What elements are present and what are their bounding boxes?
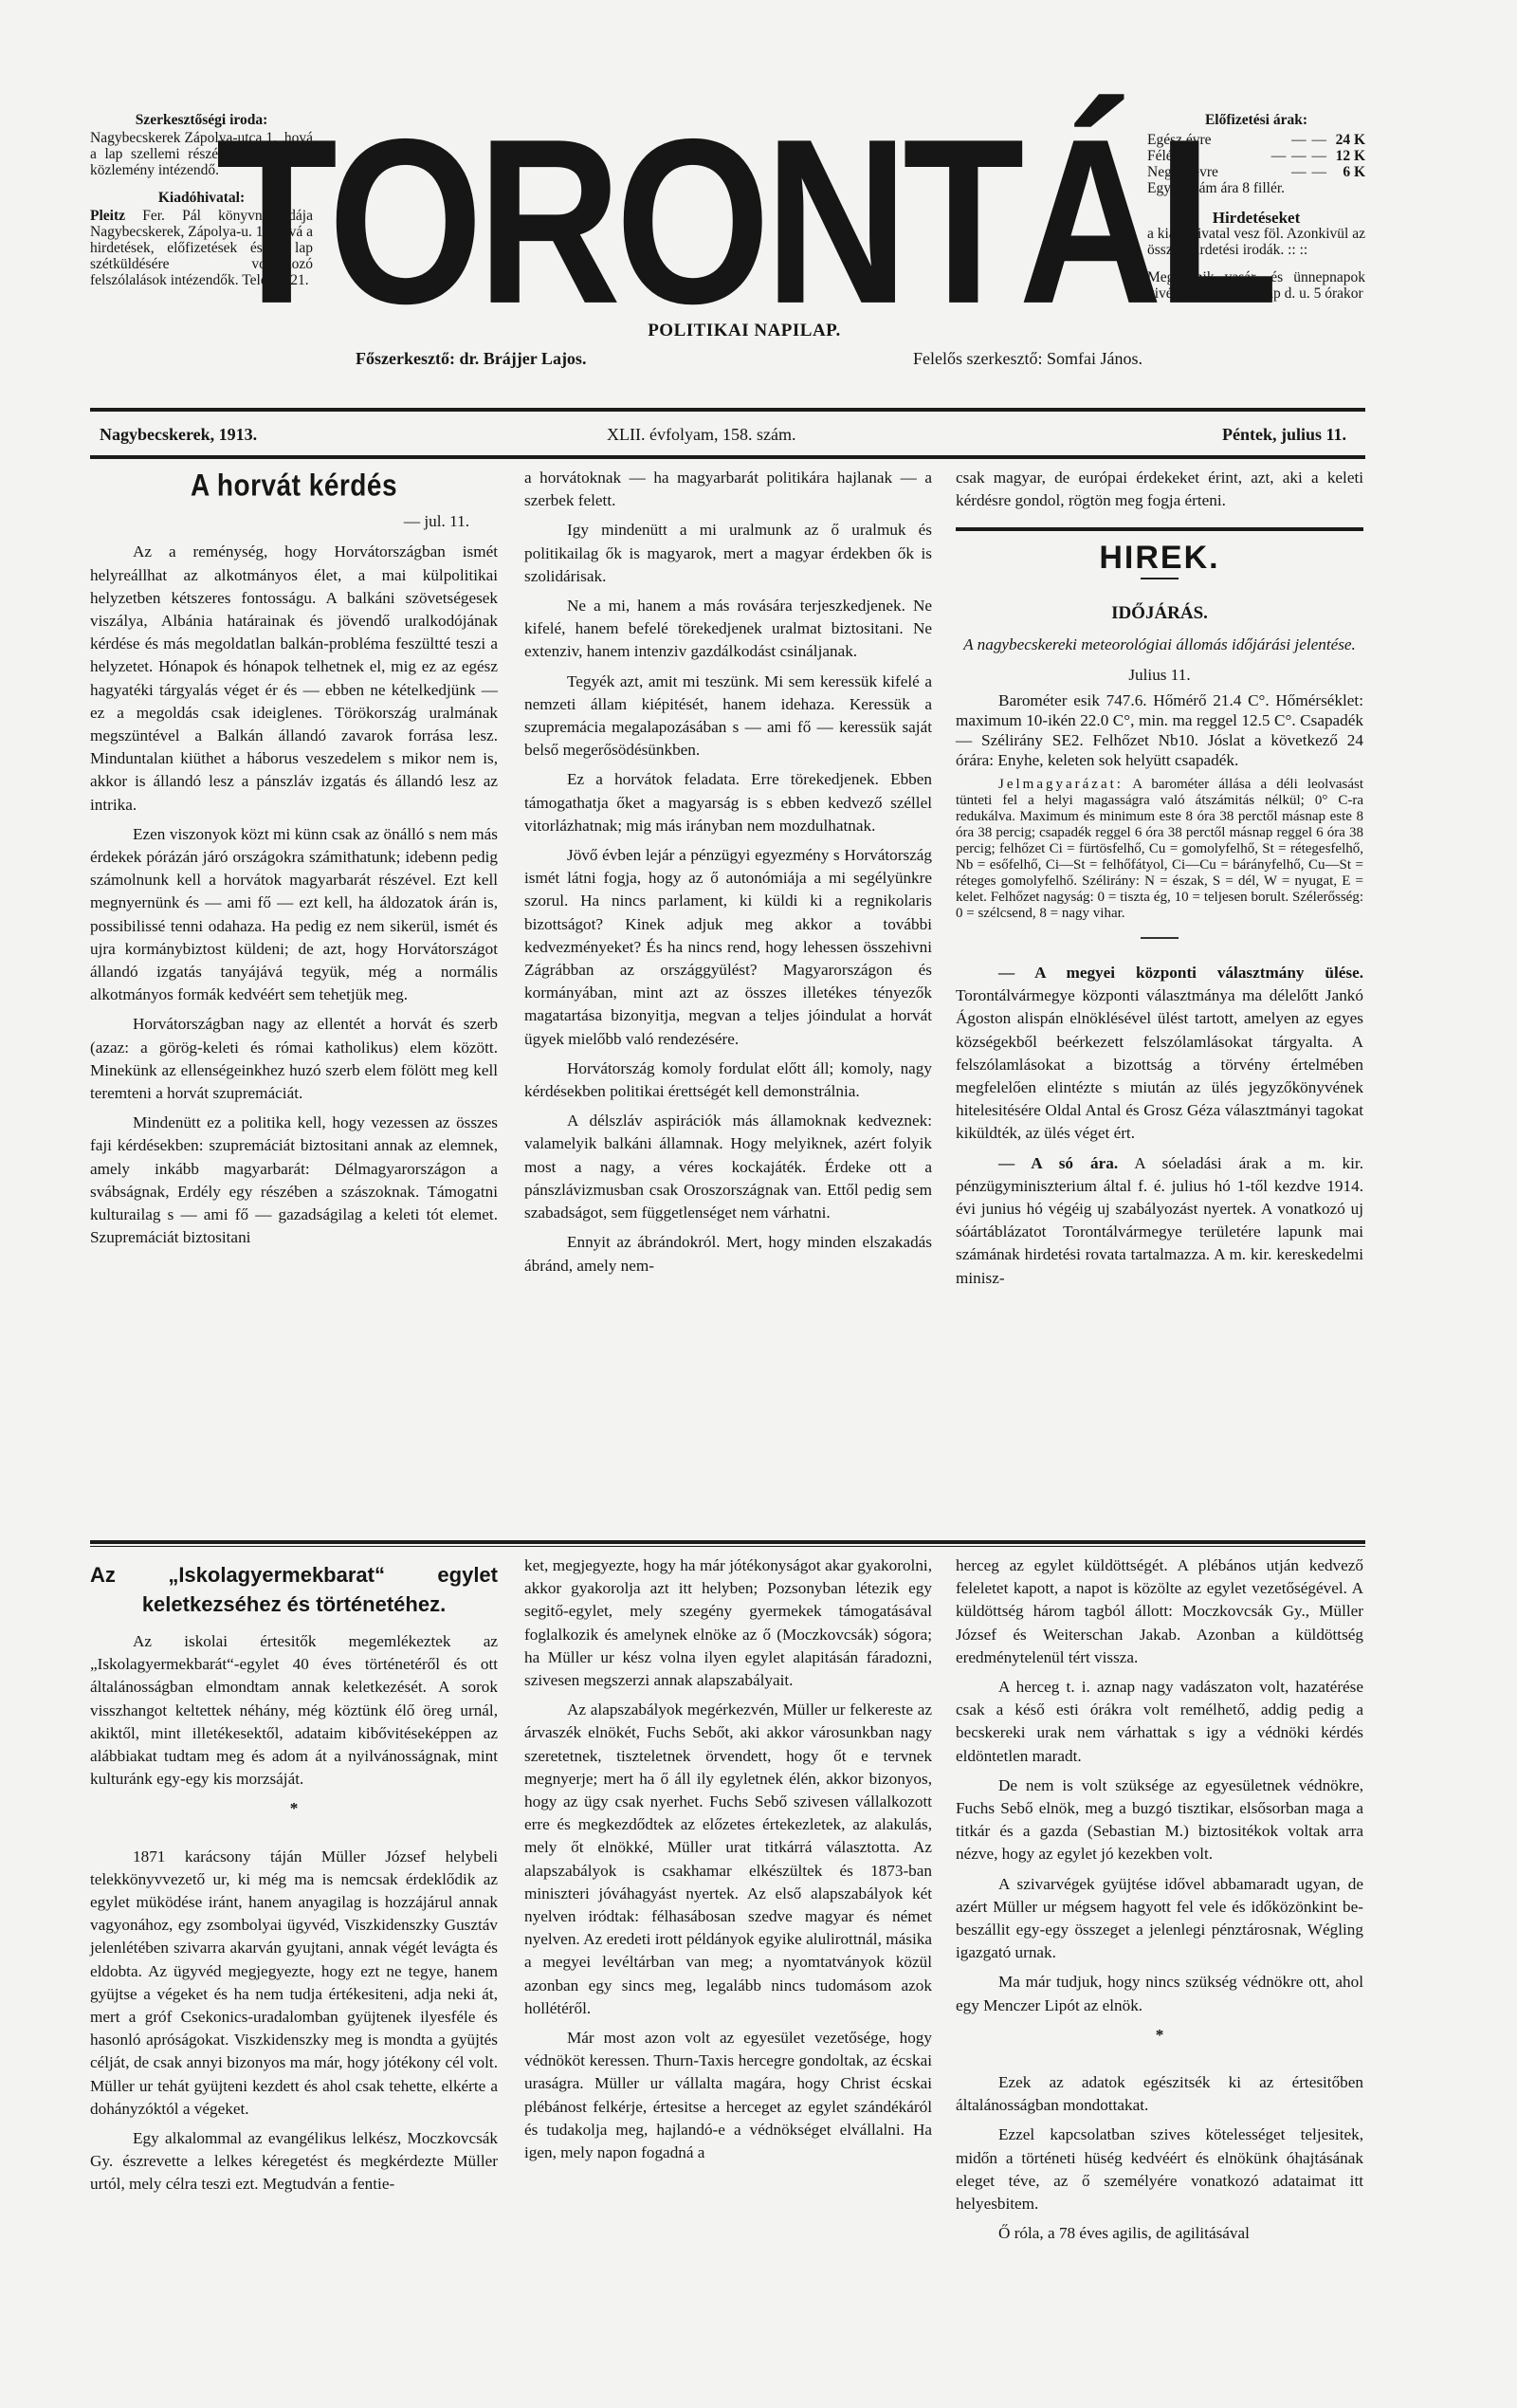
article-paragraph: ket, megjegyezte, hogy ha már jótékonysá… [524, 1554, 932, 1692]
price-dash: — — — [1261, 148, 1327, 164]
article-paragraph: Horvátországban nagy az ellentét a horvá… [90, 1013, 498, 1105]
price-row: Félévre — — — 12 K [1147, 148, 1365, 164]
price-dash: — — [1261, 132, 1327, 148]
price-amount: 6 K [1327, 164, 1365, 180]
column-2: a horvátoknak — ha magyarbarát politikár… [524, 467, 932, 1284]
column-1: A horvát kérdés — jul. 11. Az a reménysé… [90, 459, 498, 1257]
price-label: Félévre [1147, 148, 1261, 164]
article-paragraph: Ma már tudjuk, hogy nincs szükség védnök… [956, 1971, 1363, 2016]
weather-date: Julius 11. [956, 664, 1363, 687]
article-paragraph: De nem is volt szüksége az egyesületnek … [956, 1774, 1363, 1866]
newspaper-subtitle: POLITIKAI NAPILAP. [346, 321, 1142, 341]
column-3: csak magyar, de európai érdekeket érint,… [956, 467, 1363, 1296]
column-1-lower: Az „Iskolagyermekbarat“ egylet keletkezs… [90, 1547, 498, 2203]
place-year: Nagybecskerek, 1913. [100, 425, 257, 445]
chief-editor: Főszerkesztő: dr. Brájjer Lajos. [356, 349, 586, 369]
news-item: — A megyei központi választmány ülése. T… [956, 962, 1363, 1146]
article-paragraph: Horvátország komoly fordulat előtt áll; … [524, 1057, 932, 1103]
article-paragraph: Már most azon volt az egyesület vezetősé… [524, 2027, 932, 2164]
article-paragraph: A délszláv aspirációk más államoknak ked… [524, 1110, 932, 1224]
subscription-heading: Előfizetési árak: [1147, 112, 1365, 128]
article-paragraph: Ezek az adatok egészitsék ki az értesitő… [956, 2071, 1363, 2117]
legend-label: Jelmagyarázat: [998, 777, 1124, 792]
editors-line: Főszerkesztő: dr. Brájjer Lajos. Felelős… [356, 349, 1142, 369]
article-paragraph: Egy alkalommal az evangélikus lelkész, M… [90, 2127, 498, 2197]
price-dash: — — [1261, 164, 1327, 180]
article-paragraph: Ne a mi, hanem a más rovására terjeszked… [524, 595, 932, 664]
article-paragraph: Ezzel kapcsolatban szives kötelességet t… [956, 2123, 1363, 2215]
separator-asterisk: * [956, 2024, 1363, 2047]
newspaper-title: TORONTÁL [346, 104, 1142, 340]
article-paragraph: Mindenütt ez a politika kell, hogy vezes… [90, 1112, 498, 1249]
price-amount: 24 K [1327, 132, 1365, 148]
weather-report: Barométer esik 747.6. Hőmérő 21.4 C°. Hő… [956, 690, 1363, 770]
price-row: Negyedévre — — 6 K [1147, 164, 1365, 180]
responsible-editor: Felelős szerkesztő: Somfai János. [913, 349, 1142, 369]
weather-legend: Jelmagyarázat: A barométer állása a déli… [956, 777, 1363, 922]
weather-subheading: A nagybecskereki meteorológiai állomás i… [956, 634, 1363, 654]
short-rule [1141, 578, 1179, 579]
section-divider [956, 527, 1363, 531]
upper-columns: A horvát kérdés — jul. 11. Az a reménysé… [90, 459, 1365, 1540]
article-paragraph: herceg az egylet küldöttségét. A plébáno… [956, 1554, 1363, 1669]
separator-asterisk: * [90, 1797, 498, 1820]
article-date: — jul. 11. [90, 510, 498, 533]
subscription-box: Előfizetési árak: Egész évre — — 24 K Fé… [1147, 112, 1365, 302]
article-paragraph: csak magyar, de európai érdekeket érint,… [956, 467, 1363, 512]
issue-date: Péntek, julius 11. [1222, 425, 1346, 445]
dateline: Nagybecskerek, 1913. XLII. évfolyam, 158… [90, 415, 1365, 455]
news-section-title: HIREK. [956, 546, 1363, 569]
news-item: — A só ára. A sóeladási árak a m. kir. p… [956, 1152, 1363, 1290]
volume-number: XLII. évfolyam, 158. szám. [607, 425, 795, 445]
article-paragraph: Ezen viszonyok közt mi künn csak az önál… [90, 823, 498, 1007]
news-text: Torontálvármegye központi választmánya m… [956, 986, 1363, 1142]
article-paragraph: A szivarvégek gyüjtése idővel abbamaradt… [956, 1873, 1363, 1965]
news-text: A sóeladási árak a m. kir. pénzügyminisz… [956, 1154, 1363, 1287]
article-title: Az „Iskolagyermekbarat“ egylet keletkezs… [90, 1560, 498, 1619]
news-headline: — A megyei központi választmány ülése. [998, 964, 1363, 982]
article-paragraph: Az a reménység, hogy Horvátországban ism… [90, 541, 498, 816]
article-paragraph: Az alapszabályok megérkezvén, Müller ur … [524, 1699, 932, 2020]
column-3-lower: herceg az egylet küldöttségét. A plébáno… [956, 1554, 1363, 2252]
column-2-lower: ket, megjegyezte, hogy ha már jótékonysá… [524, 1554, 932, 2171]
newspaper-page: Szerkesztőségi iroda: Nagybecskerek Zápo… [90, 104, 1365, 1547]
article-paragraph: Ő róla, a 78 éves agilis, de agilitásáva… [956, 2222, 1363, 2245]
ads-text: a kiadóhivatal vesz föl. Azonkivül az ös… [1147, 226, 1365, 258]
article-paragraph: Igy mindenütt a mi uralmunk az ő uralmuk… [524, 519, 932, 588]
article-paragraph: Ez a horvátok feladata. Erre törekedjene… [524, 768, 932, 837]
news-headline: — A só ára. [998, 1154, 1118, 1172]
single-issue-price: Egyes szám ára 8 fillér. [1147, 180, 1365, 196]
article-title: A horvát kérdés [90, 472, 498, 499]
ads-heading: Hirdetéseket [1147, 210, 1365, 226]
masthead-rule [90, 408, 1365, 412]
article-paragraph: 1871 karácsony táján Müller József helyb… [90, 1846, 498, 2121]
article-paragraph: a horvátoknak — ha magyarbarát politikár… [524, 467, 932, 512]
legend-text: A barométer állása a déli leolvasást tün… [956, 777, 1363, 921]
masthead: Szerkesztőségi iroda: Nagybecskerek Zápo… [90, 104, 1365, 408]
publication-schedule: Megjelenik vasár- és ünnepnapok kivételé… [1147, 269, 1365, 302]
section-divider [90, 1540, 1365, 1544]
price-amount: 12 K [1327, 148, 1365, 164]
weather-heading: IDŐJÁRÁS. [956, 602, 1363, 625]
price-label: Egész évre [1147, 132, 1261, 148]
publisher-name: Pleitz [90, 208, 125, 224]
price-row: Egész évre — — 24 K [1147, 132, 1365, 148]
article-paragraph: Jövő évben lejár a pénzügyi egyezmény s … [524, 844, 932, 1051]
article-paragraph: Az iskolai értesitők megemlékeztek az „I… [90, 1630, 498, 1791]
price-label: Negyedévre [1147, 164, 1261, 180]
article-paragraph: A herceg t. i. aznap nagy vadászaton vol… [956, 1676, 1363, 1768]
article-paragraph: Tegyék azt, amit mi teszünk. Mi sem kere… [524, 671, 932, 763]
short-rule [1141, 937, 1179, 939]
article-paragraph: Ennyit az ábrándokról. Mert, hogy minden… [524, 1231, 932, 1277]
